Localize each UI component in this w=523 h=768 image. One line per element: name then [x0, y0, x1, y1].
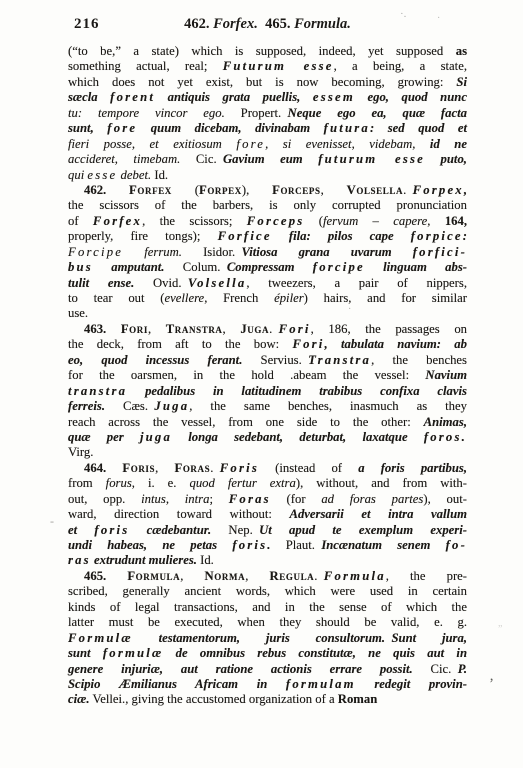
text-line: quæ per juga longa sedebant, deturbat, l…: [68, 430, 467, 445]
running-title: 462. Forfex. 465. Formula.: [68, 16, 467, 33]
text-line: sunt formulæ de omnibus rebus constitutæ…: [68, 646, 467, 661]
text-line: sæcla forent antiquis grata puellis, ess…: [68, 90, 467, 105]
scan-artifact: -: [50, 514, 54, 529]
text-line: the scissors of the barbers, is only cor…: [68, 198, 467, 213]
text-line: eo, quod incessus ferant. Servius. Trans…: [68, 353, 467, 368]
text-line: reach across the vessel, from one side t…: [68, 415, 467, 430]
text-line: 463. Fori, Transtra, Juga. Fori, 186, th…: [68, 322, 467, 337]
text-line: properly, fire tongs); Forfice fila: pil…: [68, 229, 467, 244]
text-line: tu: tempore vincor ego. Propert. Neque e…: [68, 106, 467, 121]
text-line: et foris cædebantur. Nep. Ut apud te exe…: [68, 523, 467, 538]
text-line: something actual, real; Futurum esse, a …: [68, 59, 467, 74]
text-line: Forcipe ferrum. Isidor. Vitiosa grana uv…: [68, 245, 467, 260]
page-header: 216 462. Forfex. 465. Formula.: [68, 16, 467, 36]
book-page: 216 462. Forfex. 465. Formula. (“to be,”…: [0, 0, 523, 768]
text-line: scribed, generally ancient words, which …: [68, 584, 467, 599]
scan-artifact: ’: [489, 676, 494, 693]
text-line: the deck, from aft to the bow: Fori, tab…: [68, 337, 467, 352]
text-line: transtra pedalibus in latitudinem trabib…: [68, 384, 467, 399]
text-line: ward, direction toward without: Adversar…: [68, 507, 467, 522]
text-line: tulit ense. Ovid. Volsella, tweezers, a …: [68, 276, 467, 291]
text-line: 462. Forfex (Forpex), Forceps, Volsella.…: [68, 183, 467, 198]
text-line: qui esse debet. Id.: [68, 168, 467, 183]
text-line: accideret, timebam. Cic. Gavium eum futu…: [68, 152, 467, 167]
scan-artifact: ”: [498, 624, 502, 635]
text-line: ciæ. Vellei., giving the accustomed orga…: [68, 692, 467, 707]
text-line: use.: [68, 306, 467, 321]
text-line: 464. Foris, Foras. Foris (instead of a f…: [68, 461, 467, 476]
text-line: kinds of legal transactions, and in the …: [68, 600, 467, 615]
text-line: Scipio Æmilianus Africam in formulam red…: [68, 677, 467, 692]
text-line: from forus, i. e. quod fertur extra), wi…: [68, 476, 467, 491]
text-line: (“to be,” a state) which is supposed, in…: [68, 44, 467, 59]
text-line: for the oarsmen, in the hold .abeam the …: [68, 368, 467, 383]
text-line: fieri posse, et exitiosum fore, si eveni…: [68, 137, 467, 152]
text-line: undi habeas, ne petas foris. Plaut. Incæ…: [68, 538, 467, 553]
text-line: which does not yet exist, but is now bec…: [68, 75, 467, 90]
text-line: genere injuriæ, aut ratione actionis err…: [68, 662, 467, 677]
text-line: latter must be executed, when they shoul…: [68, 615, 467, 630]
text-line: ferreis. Cæs. Juga, the same benches, in…: [68, 399, 467, 414]
page-text: (“to be,” a state) which is supposed, in…: [68, 44, 467, 708]
text-line: 465. Formula, Norma, Regula. Formula, th…: [68, 569, 467, 584]
text-line: to tear out (evellere, French épiler) ha…: [68, 291, 467, 306]
text-line: out, opp. intus, intra; Foras (for ad fo…: [68, 492, 467, 507]
text-line: sunt, fore quum dicebam, divinabam futur…: [68, 121, 467, 136]
text-line: ras extrudunt mulieres. Id.: [68, 553, 467, 568]
text-line: of Forfex, the scissors; Forceps (fervum…: [68, 214, 467, 229]
text-line: Formulæ testamentorum, juris consultorum…: [68, 631, 467, 646]
text-line: Virg.: [68, 445, 467, 460]
text-line: bus amputant. Colum. Compressam forcipe …: [68, 260, 467, 275]
